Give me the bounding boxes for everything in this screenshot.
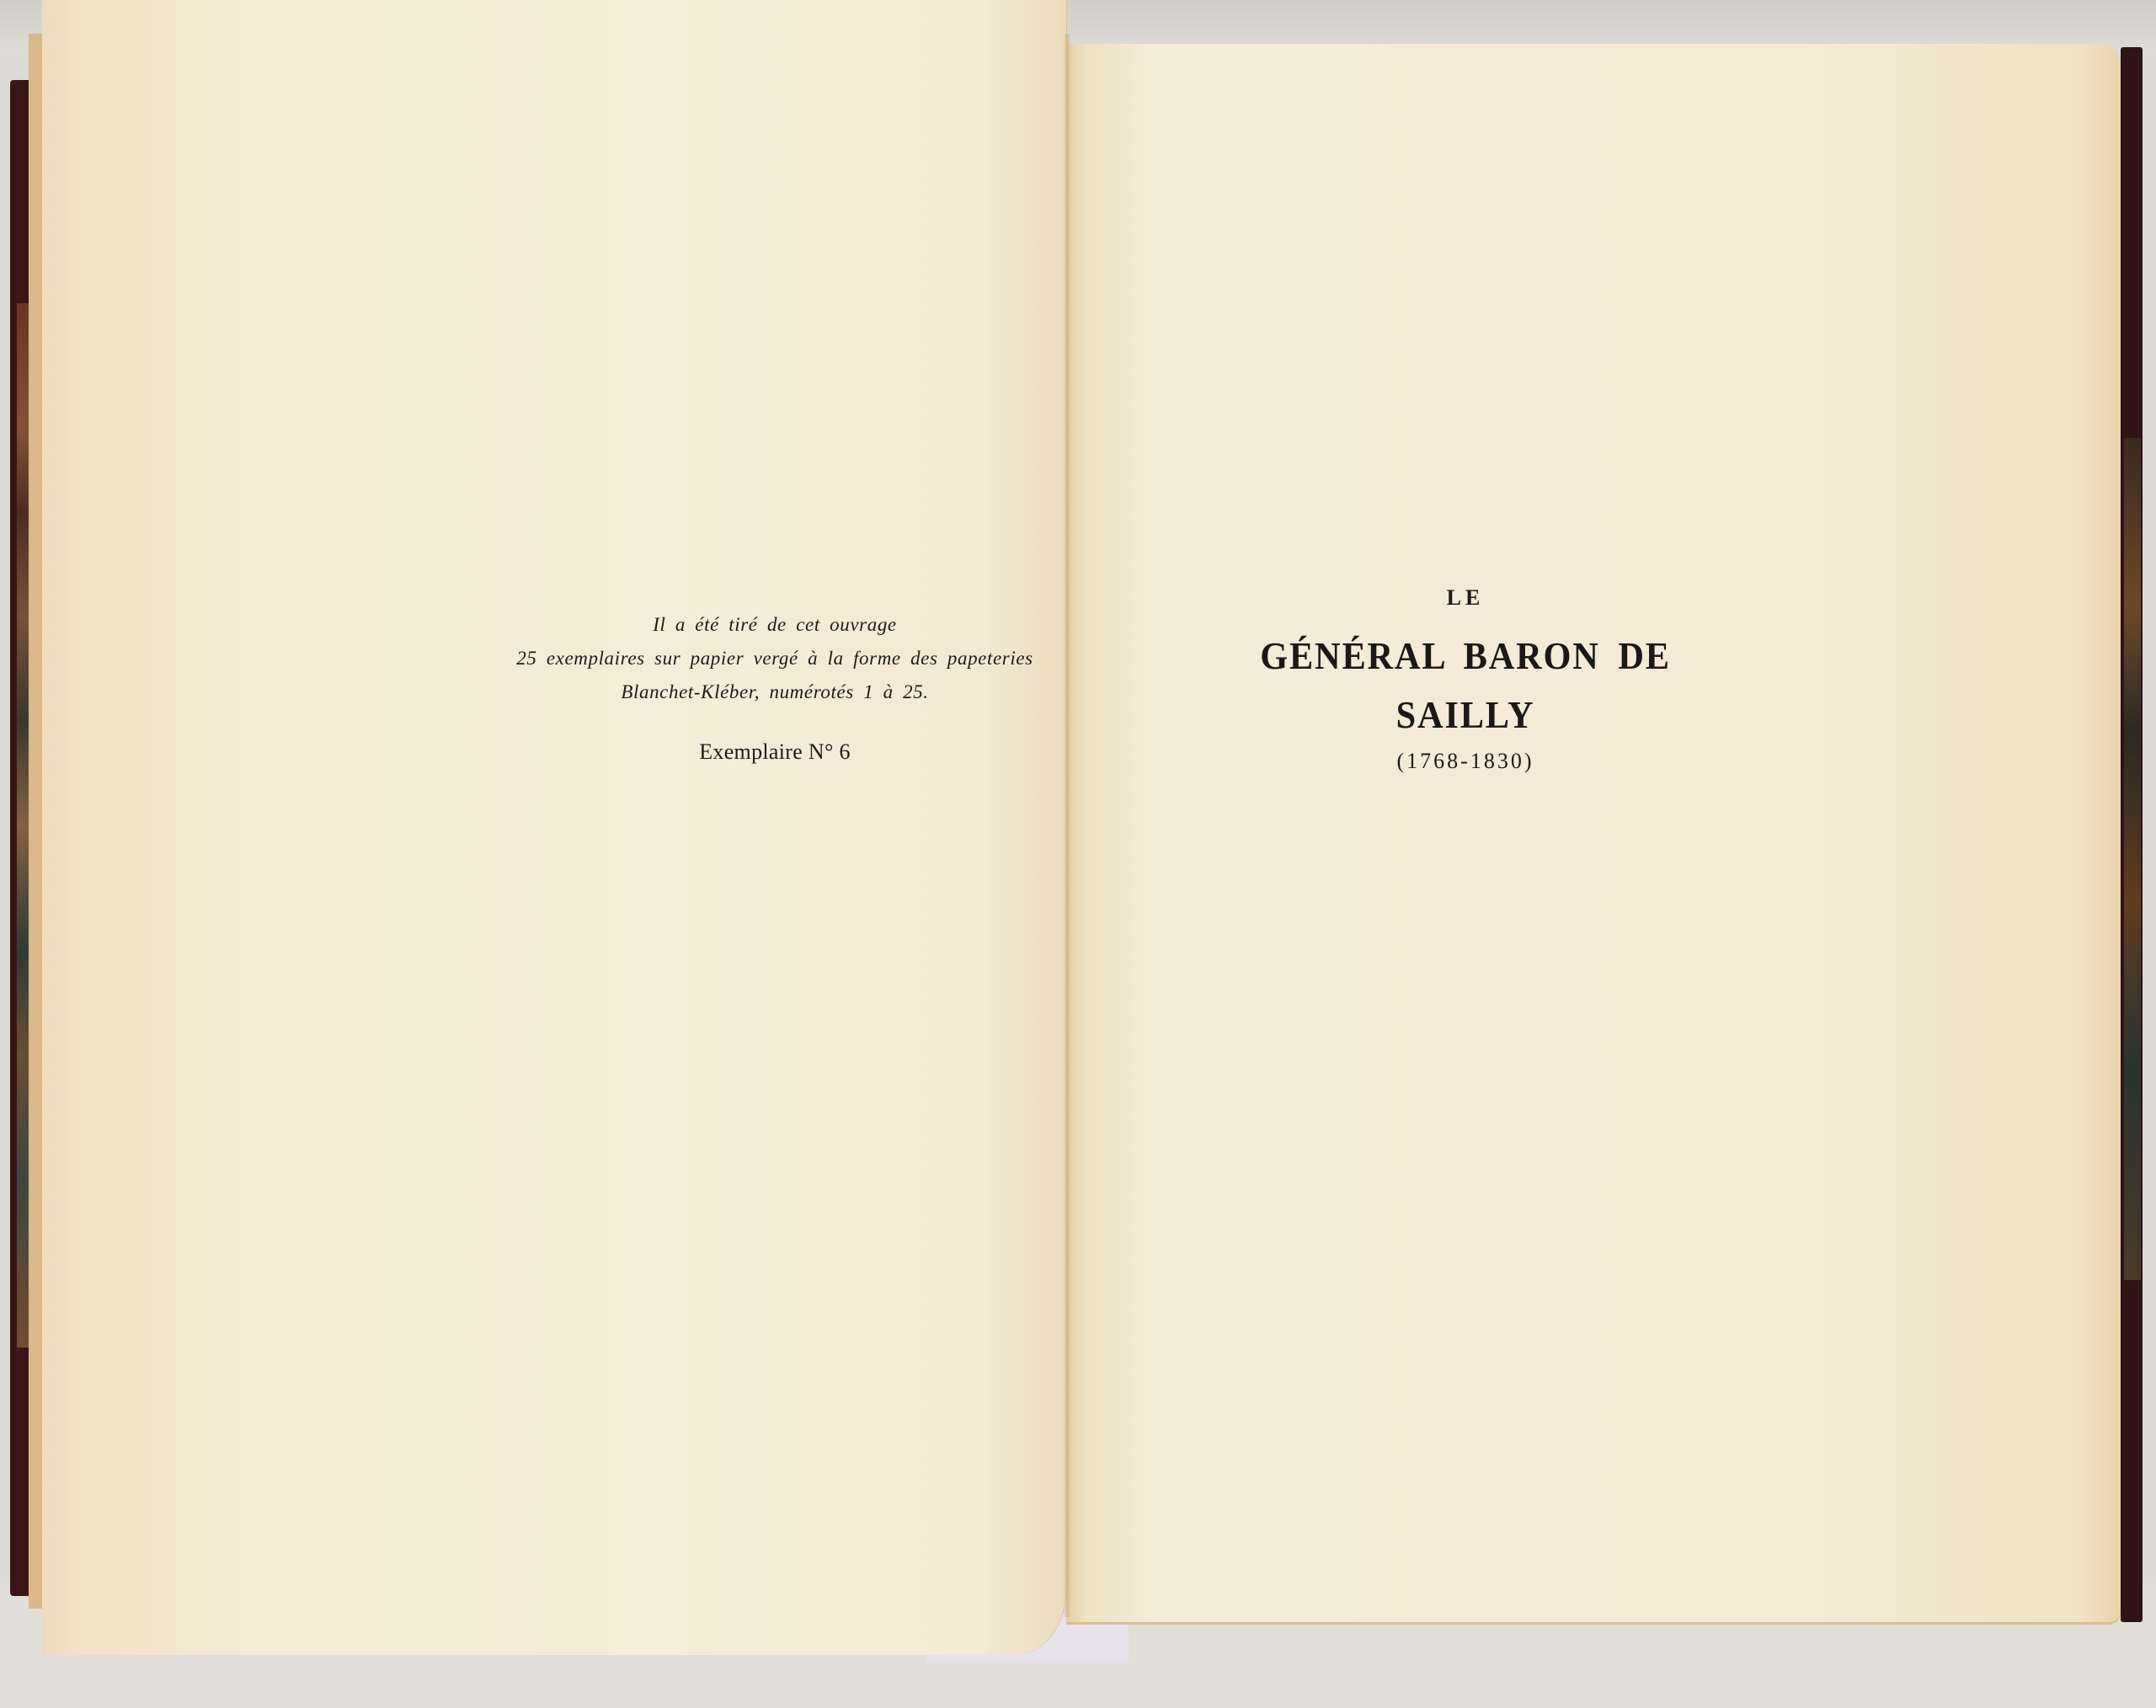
book-gutter — [1063, 34, 1071, 1617]
colophon-line-3: Blanchet-Kléber, numérotés 1 à 25. — [438, 675, 1112, 709]
right-page — [1066, 44, 2121, 1622]
marbled-edge-right — [2124, 438, 2141, 1280]
colophon-line-2: 25 exemplaires sur papier vergé à la for… — [438, 642, 1112, 675]
colophon-line-1: Il a été tiré de cet ouvrage — [438, 608, 1112, 642]
life-dates: (1768-1830) — [1162, 745, 1769, 778]
copy-number: Exemplaire N° 6 — [438, 739, 1112, 765]
title-prefix: LE — [1162, 581, 1769, 615]
limitation-notice: Il a été tiré de cet ouvrage 25 exemplai… — [438, 608, 1112, 765]
title-page: LE GÉNÉRAL BARON DE SAILLY (1768-1830) — [1162, 581, 1769, 778]
left-page — [42, 0, 1066, 1655]
book-title: GÉNÉRAL BARON DE SAILLY — [1187, 627, 1744, 745]
